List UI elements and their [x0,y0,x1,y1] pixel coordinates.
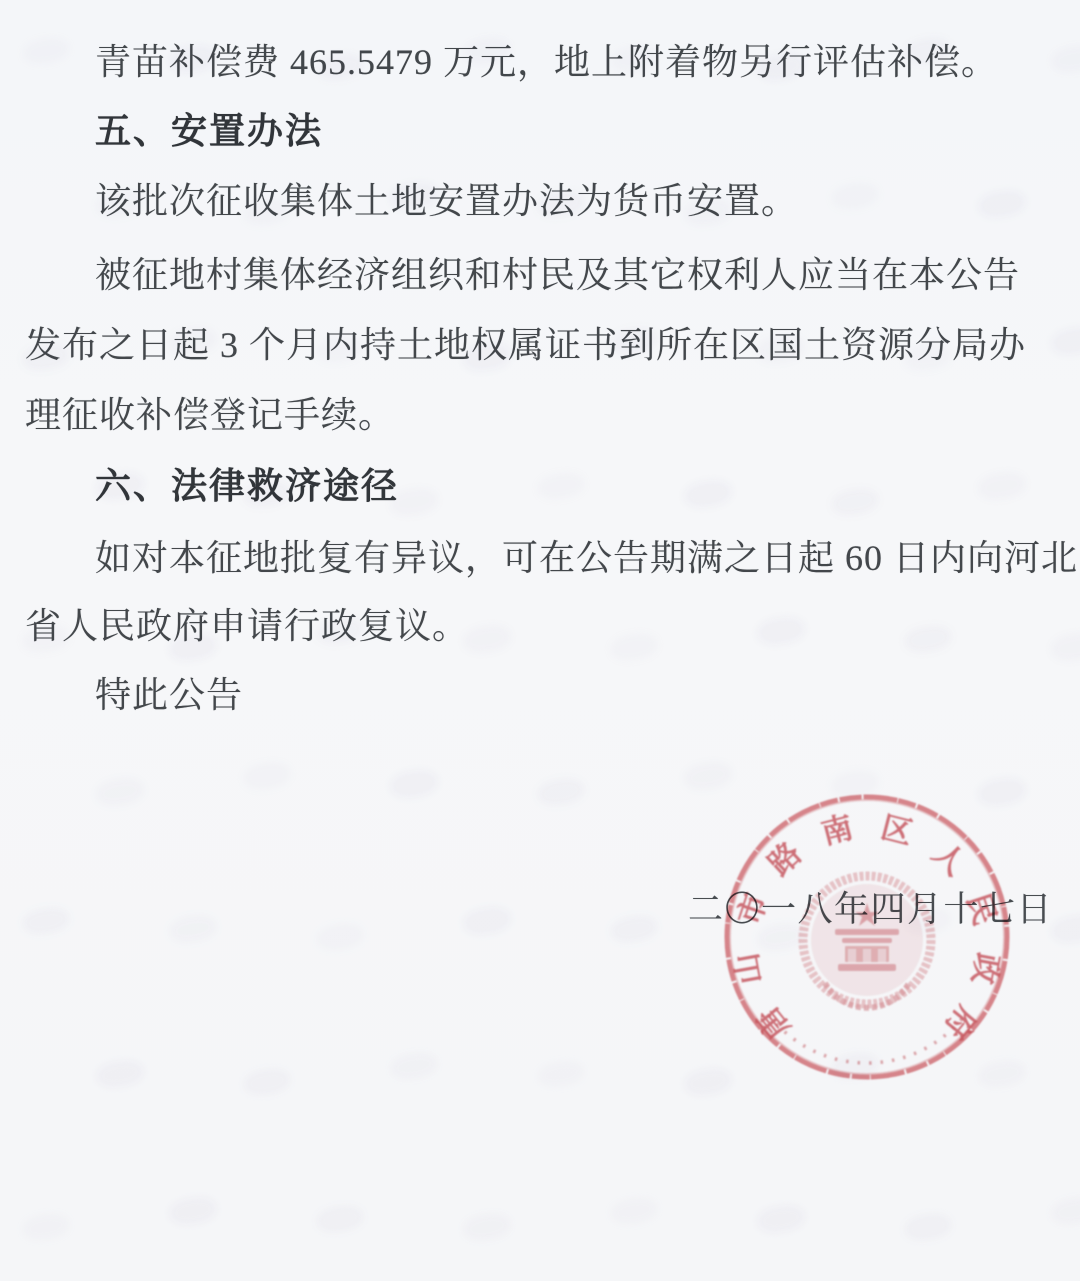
section-6-para-1-line-2: 省人民政府申请行政复议。 [25,598,469,649]
document-text: 青苗补偿费 465.5479 万元，地上附着物另行评估补偿。 五、安置办法 该批… [0,0,1080,1281]
section-6-heading: 六、法律救济途径 [95,458,399,509]
issue-date: 二〇一八年四月十七日 [688,882,1053,932]
section-5-para-2-line-1: 被征地村集体经济组织和村民及其它权利人应当在本公告 [95,247,1020,298]
section-5-para-2-line-2: 发布之日起 3 个月内持土地权属证书到所在区国土资源分局办 [25,317,1026,368]
section-5-heading: 五、安置办法 [95,103,323,154]
section-5-para-2-line-3: 理征收补偿登记手续。 [25,387,395,438]
closing-line: 特此公告 [95,667,243,718]
announcement-page: 唐山市路南区人民政府 青苗补偿费 465.5479 万元，地上附着物另行评估补偿… [0,0,1080,1281]
compensation-line: 青苗补偿费 465.5479 万元，地上附着物另行评估补偿。 [95,34,998,85]
section-6-para-1-line-1: 如对本征地批复有异议，可在公告期满之日起 60 日内向河北 [95,530,1078,581]
section-5-para-1: 该批次征收集体土地安置办法为货币安置。 [95,173,798,224]
